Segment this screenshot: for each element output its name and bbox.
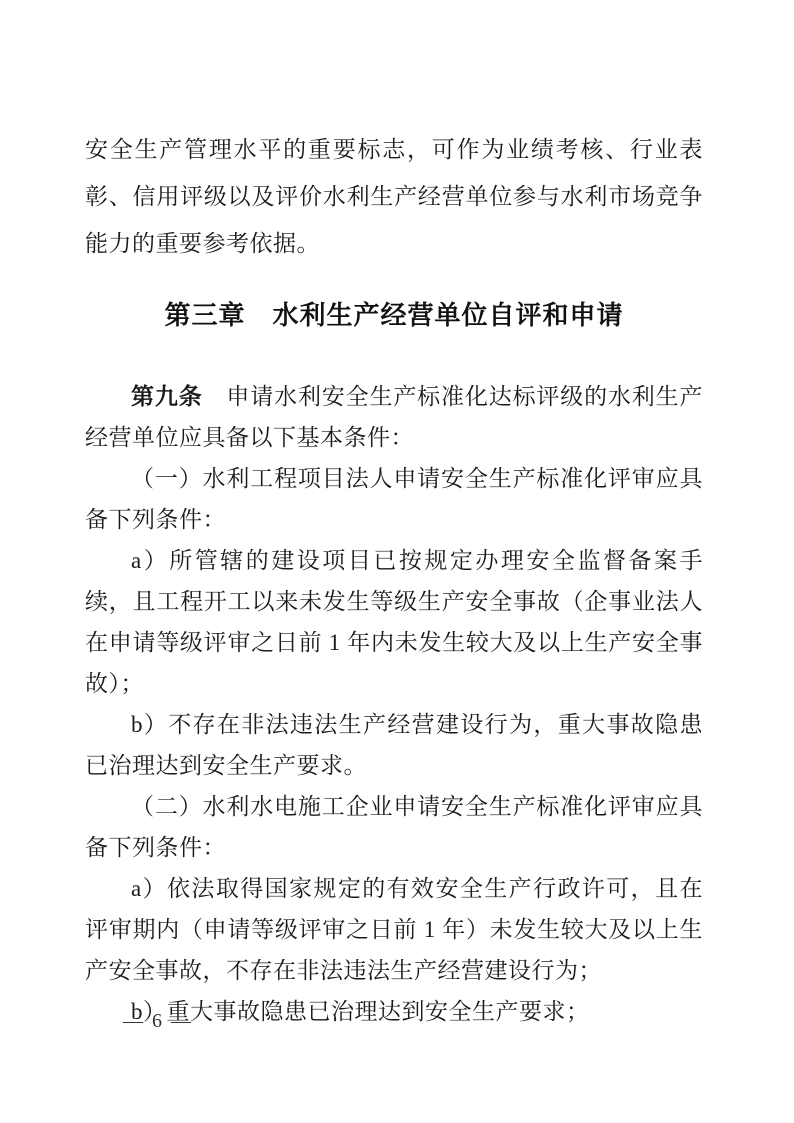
clause-1a-paragraph: a）所管辖的建设项目已按规定办理安全监督备案手续，且工程开工以来未发生等级生产安… (85, 540, 703, 704)
document-page: 安全生产管理水平的重要标志，可作为业绩考核、行业表彰、信用评级以及评价水利生产经… (0, 0, 794, 1123)
page-number: — 6 — (123, 1010, 193, 1033)
document-content: 安全生产管理水平的重要标志，可作为业绩考核、行业表彰、信用评级以及评价水利生产经… (85, 0, 703, 1032)
article-9-number: 第九条 (131, 384, 203, 409)
article-9-paragraph: 第九条 申请水利安全生产标准化达标评级的水利生产经营单位应具备以下基本条件： (85, 376, 703, 458)
clause-1b-paragraph: b）不存在非法违法生产经营建设行为，重大事故隐患已治理达到安全生产要求。 (85, 704, 703, 786)
chapter-heading: 第三章 水利生产经营单位自评和申请 (85, 302, 703, 328)
clause-1-paragraph: （一）水利工程项目法人申请安全生产标准化评审应具备下列条件： (85, 458, 703, 540)
clause-2a-paragraph: a）依法取得国家规定的有效安全生产行政许可，且在评审期内（申请等级评审之日前 1… (85, 868, 703, 991)
clause-2-paragraph: （二）水利水电施工企业申请安全生产标准化评审应具备下列条件： (85, 786, 703, 868)
intro-paragraph: 安全生产管理水平的重要标志，可作为业绩考核、行业表彰、信用评级以及评价水利生产经… (85, 0, 703, 267)
